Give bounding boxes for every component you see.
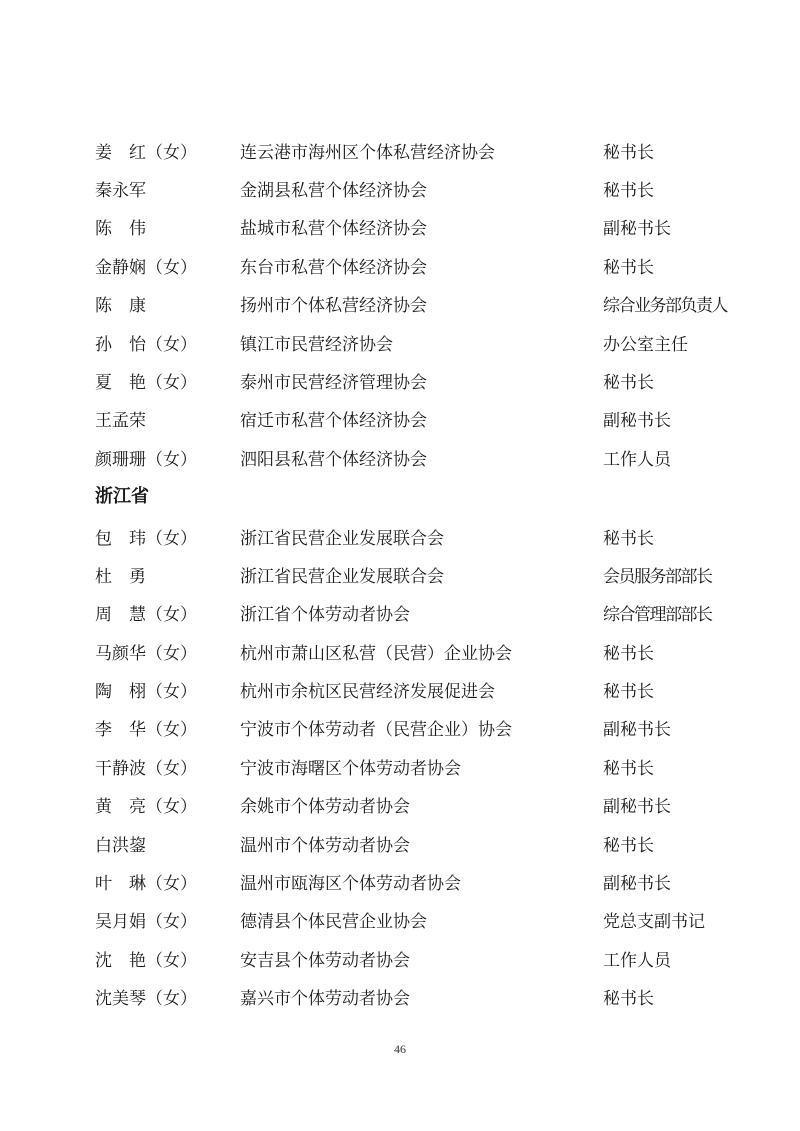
person-name: 马颜华（女） <box>95 639 197 669</box>
person-name: 杜 勇 <box>95 562 146 592</box>
position-title: 副秘书长 <box>603 715 671 745</box>
position-title: 副秘书长 <box>603 869 671 899</box>
organization: 浙江省民营企业发展联合会 <box>240 524 444 554</box>
list-item: 李 华（女） 宁波市个体劳动者（民营企业）协会 副秘书长 <box>0 715 800 745</box>
organization: 金湖县私营个体经济协会 <box>240 176 427 206</box>
person-name: 金静娴（女） <box>95 253 197 283</box>
organization: 余姚市个体劳动者协会 <box>240 792 410 822</box>
organization: 宁波市海曙区个体劳动者协会 <box>240 754 461 784</box>
list-item: 夏 艳（女） 泰州市民营经济管理协会 秘书长 <box>0 368 800 398</box>
section-heading-zhejiang: 浙江省 <box>95 482 149 512</box>
organization: 连云港市海州区个体私营经济协会 <box>240 138 495 168</box>
list-item: 陶 栩（女） 杭州市余杭区民营经济发展促进会 秘书长 <box>0 677 800 707</box>
person-name: 秦永军 <box>95 176 146 206</box>
list-item: 颜珊珊（女） 泗阳县私营个体经济协会 工作人员 <box>0 445 800 475</box>
organization: 浙江省民营企业发展联合会 <box>240 562 444 592</box>
person-name: 吴月娟（女） <box>95 907 197 937</box>
list-item: 陈 康 扬州市个体私营经济协会 综合业务部负责人 <box>0 291 800 321</box>
person-name: 叶 琳（女） <box>95 869 197 899</box>
position-title: 秘书长 <box>603 368 654 398</box>
person-name: 陈 康 <box>95 291 146 321</box>
list-item: 金静娴（女） 东台市私营个体经济协会 秘书长 <box>0 253 800 283</box>
person-name: 夏 艳（女） <box>95 368 197 398</box>
list-item: 包 玮（女） 浙江省民营企业发展联合会 秘书长 <box>0 524 800 554</box>
person-name: 白洪鋆 <box>95 831 146 861</box>
position-title: 副秘书长 <box>603 792 671 822</box>
list-item: 沈美琴（女） 嘉兴市个体劳动者协会 秘书长 <box>0 984 800 1014</box>
list-item: 周 慧（女） 浙江省个体劳动者协会 综合管理部部长 <box>0 600 800 630</box>
organization: 东台市私营个体经济协会 <box>240 253 427 283</box>
position-title: 工作人员 <box>603 445 671 475</box>
organization: 温州市瓯海区个体劳动者协会 <box>240 869 461 899</box>
organization: 泰州市民营经济管理协会 <box>240 368 427 398</box>
organization: 镇江市民营经济协会 <box>240 330 393 360</box>
person-name: 李 华（女） <box>95 715 197 745</box>
position-title: 副秘书长 <box>603 214 671 244</box>
organization: 安吉县个体劳动者协会 <box>240 946 410 976</box>
organization: 温州市个体劳动者协会 <box>240 831 410 861</box>
list-item: 秦永军 金湖县私营个体经济协会 秘书长 <box>0 176 800 206</box>
person-name: 沈 艳（女） <box>95 946 197 976</box>
list-item: 陈 伟 盐城市私营个体经济协会 副秘书长 <box>0 214 800 244</box>
position-title: 秘书长 <box>603 831 654 861</box>
list-item: 白洪鋆 温州市个体劳动者协会 秘书长 <box>0 831 800 861</box>
position-title: 副秘书长 <box>603 406 671 436</box>
person-name: 孙 怡（女） <box>95 330 197 360</box>
person-name: 干静波（女） <box>95 754 197 784</box>
list-item: 叶 琳（女） 温州市瓯海区个体劳动者协会 副秘书长 <box>0 869 800 899</box>
page-number: 46 <box>0 1042 800 1057</box>
position-title: 综合业务部负责人 <box>603 291 727 321</box>
organization: 宁波市个体劳动者（民营企业）协会 <box>240 715 512 745</box>
person-name: 陶 栩（女） <box>95 677 197 707</box>
position-title: 办公室主任 <box>603 330 688 360</box>
position-title: 秘书长 <box>603 138 654 168</box>
list-item: 干静波（女） 宁波市海曙区个体劳动者协会 秘书长 <box>0 754 800 784</box>
list-item: 姜 红（女） 连云港市海州区个体私营经济协会 秘书长 <box>0 138 800 168</box>
person-name: 包 玮（女） <box>95 524 197 554</box>
person-name: 黄 亮（女） <box>95 792 197 822</box>
position-title: 工作人员 <box>603 946 671 976</box>
position-title: 会员服务部部长 <box>603 562 712 592</box>
organization: 杭州市余杭区民营经济发展促进会 <box>240 677 495 707</box>
position-title: 秘书长 <box>603 176 654 206</box>
list-item: 吴月娟（女） 德清县个体民营企业协会 党总支副书记 <box>0 907 800 937</box>
person-name: 周 慧（女） <box>95 600 197 630</box>
person-name: 王孟荣 <box>95 406 146 436</box>
position-title: 秘书长 <box>603 984 654 1014</box>
position-title: 秘书长 <box>603 639 654 669</box>
organization: 德清县个体民营企业协会 <box>240 907 427 937</box>
organization: 浙江省个体劳动者协会 <box>240 600 410 630</box>
position-title: 秘书长 <box>603 524 654 554</box>
person-name: 姜 红（女） <box>95 138 197 168</box>
person-name: 沈美琴（女） <box>95 984 197 1014</box>
organization: 盐城市私营个体经济协会 <box>240 214 427 244</box>
list-item: 杜 勇 浙江省民营企业发展联合会 会员服务部部长 <box>0 562 800 592</box>
list-item: 马颜华（女） 杭州市萧山区私营（民营）企业协会 秘书长 <box>0 639 800 669</box>
list-item: 王孟荣 宿迁市私营个体经济协会 副秘书长 <box>0 406 800 436</box>
position-title: 秘书长 <box>603 754 654 784</box>
organization: 泗阳县私营个体经济协会 <box>240 445 427 475</box>
position-title: 秘书长 <box>603 677 654 707</box>
person-name: 颜珊珊（女） <box>95 445 197 475</box>
organization: 嘉兴市个体劳动者协会 <box>240 984 410 1014</box>
person-name: 陈 伟 <box>95 214 146 244</box>
organization: 扬州市个体私营经济协会 <box>240 291 427 321</box>
organization: 宿迁市私营个体经济协会 <box>240 406 427 436</box>
list-item: 沈 艳（女） 安吉县个体劳动者协会 工作人员 <box>0 946 800 976</box>
position-title: 党总支副书记 <box>603 907 705 937</box>
list-item: 孙 怡（女） 镇江市民营经济协会 办公室主任 <box>0 330 800 360</box>
document-page: 姜 红（女） 连云港市海州区个体私营经济协会 秘书长 秦永军 金湖县私营个体经济… <box>0 0 800 1131</box>
list-item: 黄 亮（女） 余姚市个体劳动者协会 副秘书长 <box>0 792 800 822</box>
position-title: 秘书长 <box>603 253 654 283</box>
position-title: 综合管理部部长 <box>603 600 712 630</box>
organization: 杭州市萧山区私营（民营）企业协会 <box>240 639 512 669</box>
